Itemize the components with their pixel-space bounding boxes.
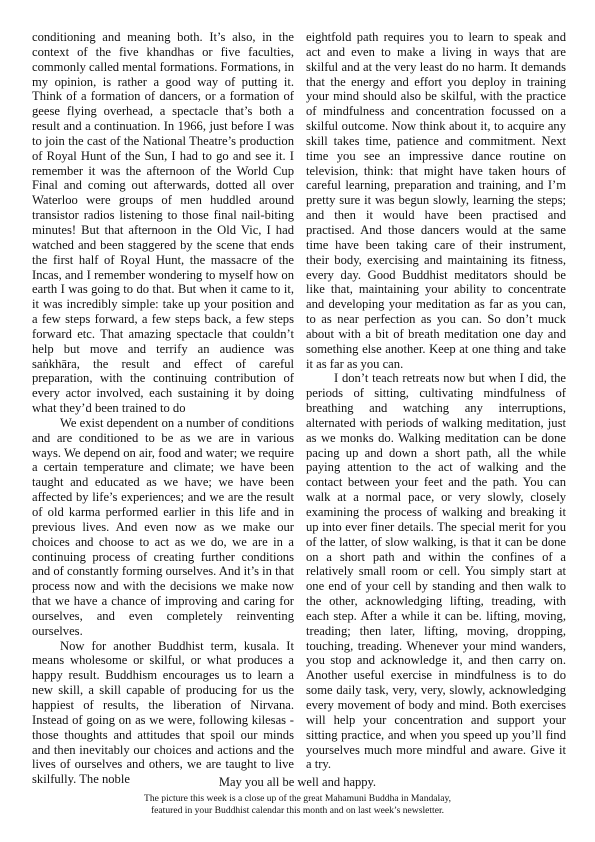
paragraph-kusala: Now for another Buddhist term, kusala. I…	[32, 639, 294, 787]
right-column: eightfold path requires you to learn to …	[306, 30, 566, 772]
paragraph-walking-meditation: I don’t teach retreats now but when I di…	[306, 371, 566, 772]
left-column: conditioning and meaning both. It’s also…	[32, 30, 294, 787]
closing-blessing: May you all be well and happy.	[0, 775, 595, 790]
picture-caption: The picture this week is a close up of t…	[0, 793, 595, 816]
paragraph-dependent-conditions: We exist dependent on a number of condit…	[32, 416, 294, 639]
paragraph-eightfold-path: eightfold path requires you to learn to …	[306, 30, 566, 371]
paragraph-conditioning: conditioning and meaning both. It’s also…	[32, 30, 294, 416]
caption-line-2: featured in your Buddhist calendar this …	[0, 805, 595, 817]
caption-line-1: The picture this week is a close up of t…	[0, 793, 595, 805]
